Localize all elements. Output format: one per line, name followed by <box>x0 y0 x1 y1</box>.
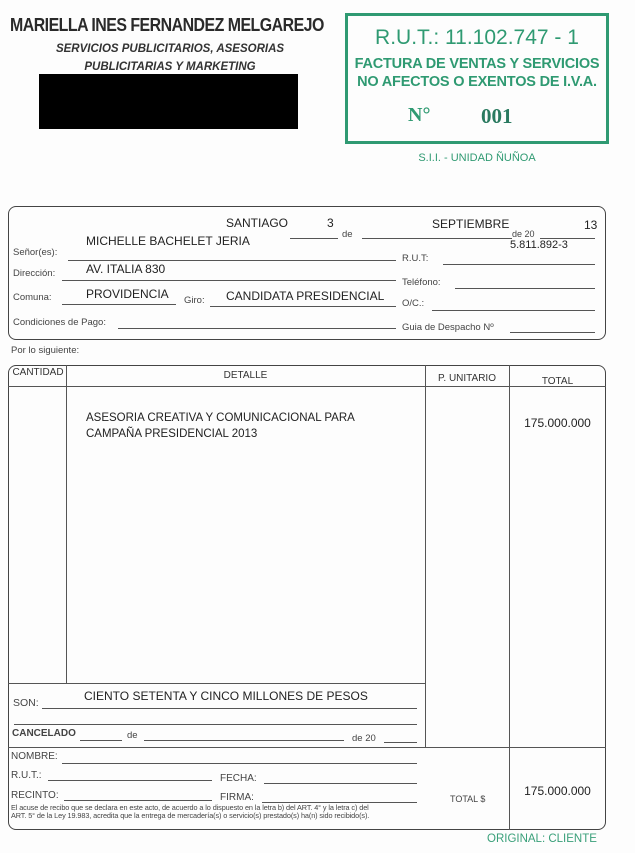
header-cantidad: CANTIDAD <box>10 367 66 378</box>
comuna-value[interactable]: PROVIDENCIA <box>86 287 169 301</box>
son-value: CIENTO SETENTA Y CINCO MILLONES DE PESOS <box>84 689 368 703</box>
cancelado-de20-label: de 20 <box>352 733 376 744</box>
document-type-line-2: NO AFECTOS O EXENTOS DE I.V.A. <box>348 74 606 90</box>
city-value: SANTIAGO <box>226 216 288 230</box>
header-total: TOTAL <box>509 376 606 387</box>
condiciones-label: Condiciones de Pago: <box>13 317 106 328</box>
son-label: SON: <box>13 697 39 709</box>
de20-label: de 20 <box>512 229 535 239</box>
rut-label: R.U.T: <box>402 253 428 264</box>
giro-label: Giro: <box>184 295 205 306</box>
nombre-label: NOMBRE: <box>11 751 58 762</box>
telefono-label: Teléfono: <box>402 277 441 288</box>
direccion-value[interactable]: AV. ITALIA 830 <box>86 262 165 276</box>
row-detalle-line-2: CAMPAÑA PRESIDENCIAL 2013 <box>86 428 257 440</box>
invoice-number-label: N° <box>408 104 430 127</box>
senores-label: Señor(es): <box>13 247 57 258</box>
redacted-block <box>39 74 298 129</box>
oc-label: O/C.: <box>402 298 424 309</box>
de-label: de <box>342 229 353 240</box>
day-value: 3 <box>327 216 334 230</box>
tax-id-box: R.U.T.: 11.102.747 - 1 FACTURA DE VENTAS… <box>345 13 609 144</box>
guia-despacho-label: Guia de Despacho Nº <box>402 322 494 333</box>
row-detalle-line-1: ASESORIA CREATIVA Y COMUNICACIONAL PARA <box>86 412 355 424</box>
issuer-business-line-1: SERVICIOS PUBLICITARIOS, ASESORIAS <box>40 43 300 55</box>
recinto-label: RECINTO: <box>11 790 59 801</box>
year-value: 13 <box>584 218 597 232</box>
fecha-label: FECHA: <box>220 773 257 784</box>
legal-notice-line-2: ART. 5° de la Ley 19.983, acredita que l… <box>11 811 369 820</box>
issuer-business-line-2: PUBLICITARIAS Y MARKETING <box>40 61 300 73</box>
senores-value[interactable]: MICHELLE BACHELET JERIA <box>86 234 250 248</box>
issuer-name: MARIELLA INES FERNANDEZ MELGAREJO <box>10 14 285 36</box>
sii-office: S.I.I. - UNIDAD ÑUÑOA <box>345 152 609 164</box>
issuer-rut: R.U.T.: 11.102.747 - 1 <box>348 26 606 50</box>
giro-value[interactable]: CANDIDATA PRESIDENCIAL <box>226 289 384 303</box>
grand-total: 175.000.000 <box>509 784 606 798</box>
firma-label: FIRMA: <box>220 792 254 803</box>
header-p-unitario: P. UNITARIO <box>425 373 509 384</box>
month-value: SEPTIEMBRE <box>432 217 509 231</box>
invoice-number: 001 <box>481 104 513 129</box>
comuna-label: Comuna: <box>13 292 52 303</box>
rut-value[interactable]: 5.811.892-3 <box>510 239 568 251</box>
copy-label: ORIGINAL: CLIENTE <box>487 833 597 845</box>
cancelado-de-label: de <box>127 730 138 741</box>
por-lo-siguiente-label: Por lo siguiente: <box>11 345 79 356</box>
total-label: TOTAL $ <box>450 794 485 804</box>
document-type-line-1: FACTURA DE VENTAS Y SERVICIOS <box>348 56 606 72</box>
header-detalle: DETALLE <box>66 370 425 381</box>
recibe-rut-label: R.U.T.: <box>11 770 42 781</box>
row-total: 175.000.000 <box>509 416 606 430</box>
direccion-label: Dirección: <box>13 268 55 279</box>
cancelado-label: CANCELADO <box>12 728 76 739</box>
